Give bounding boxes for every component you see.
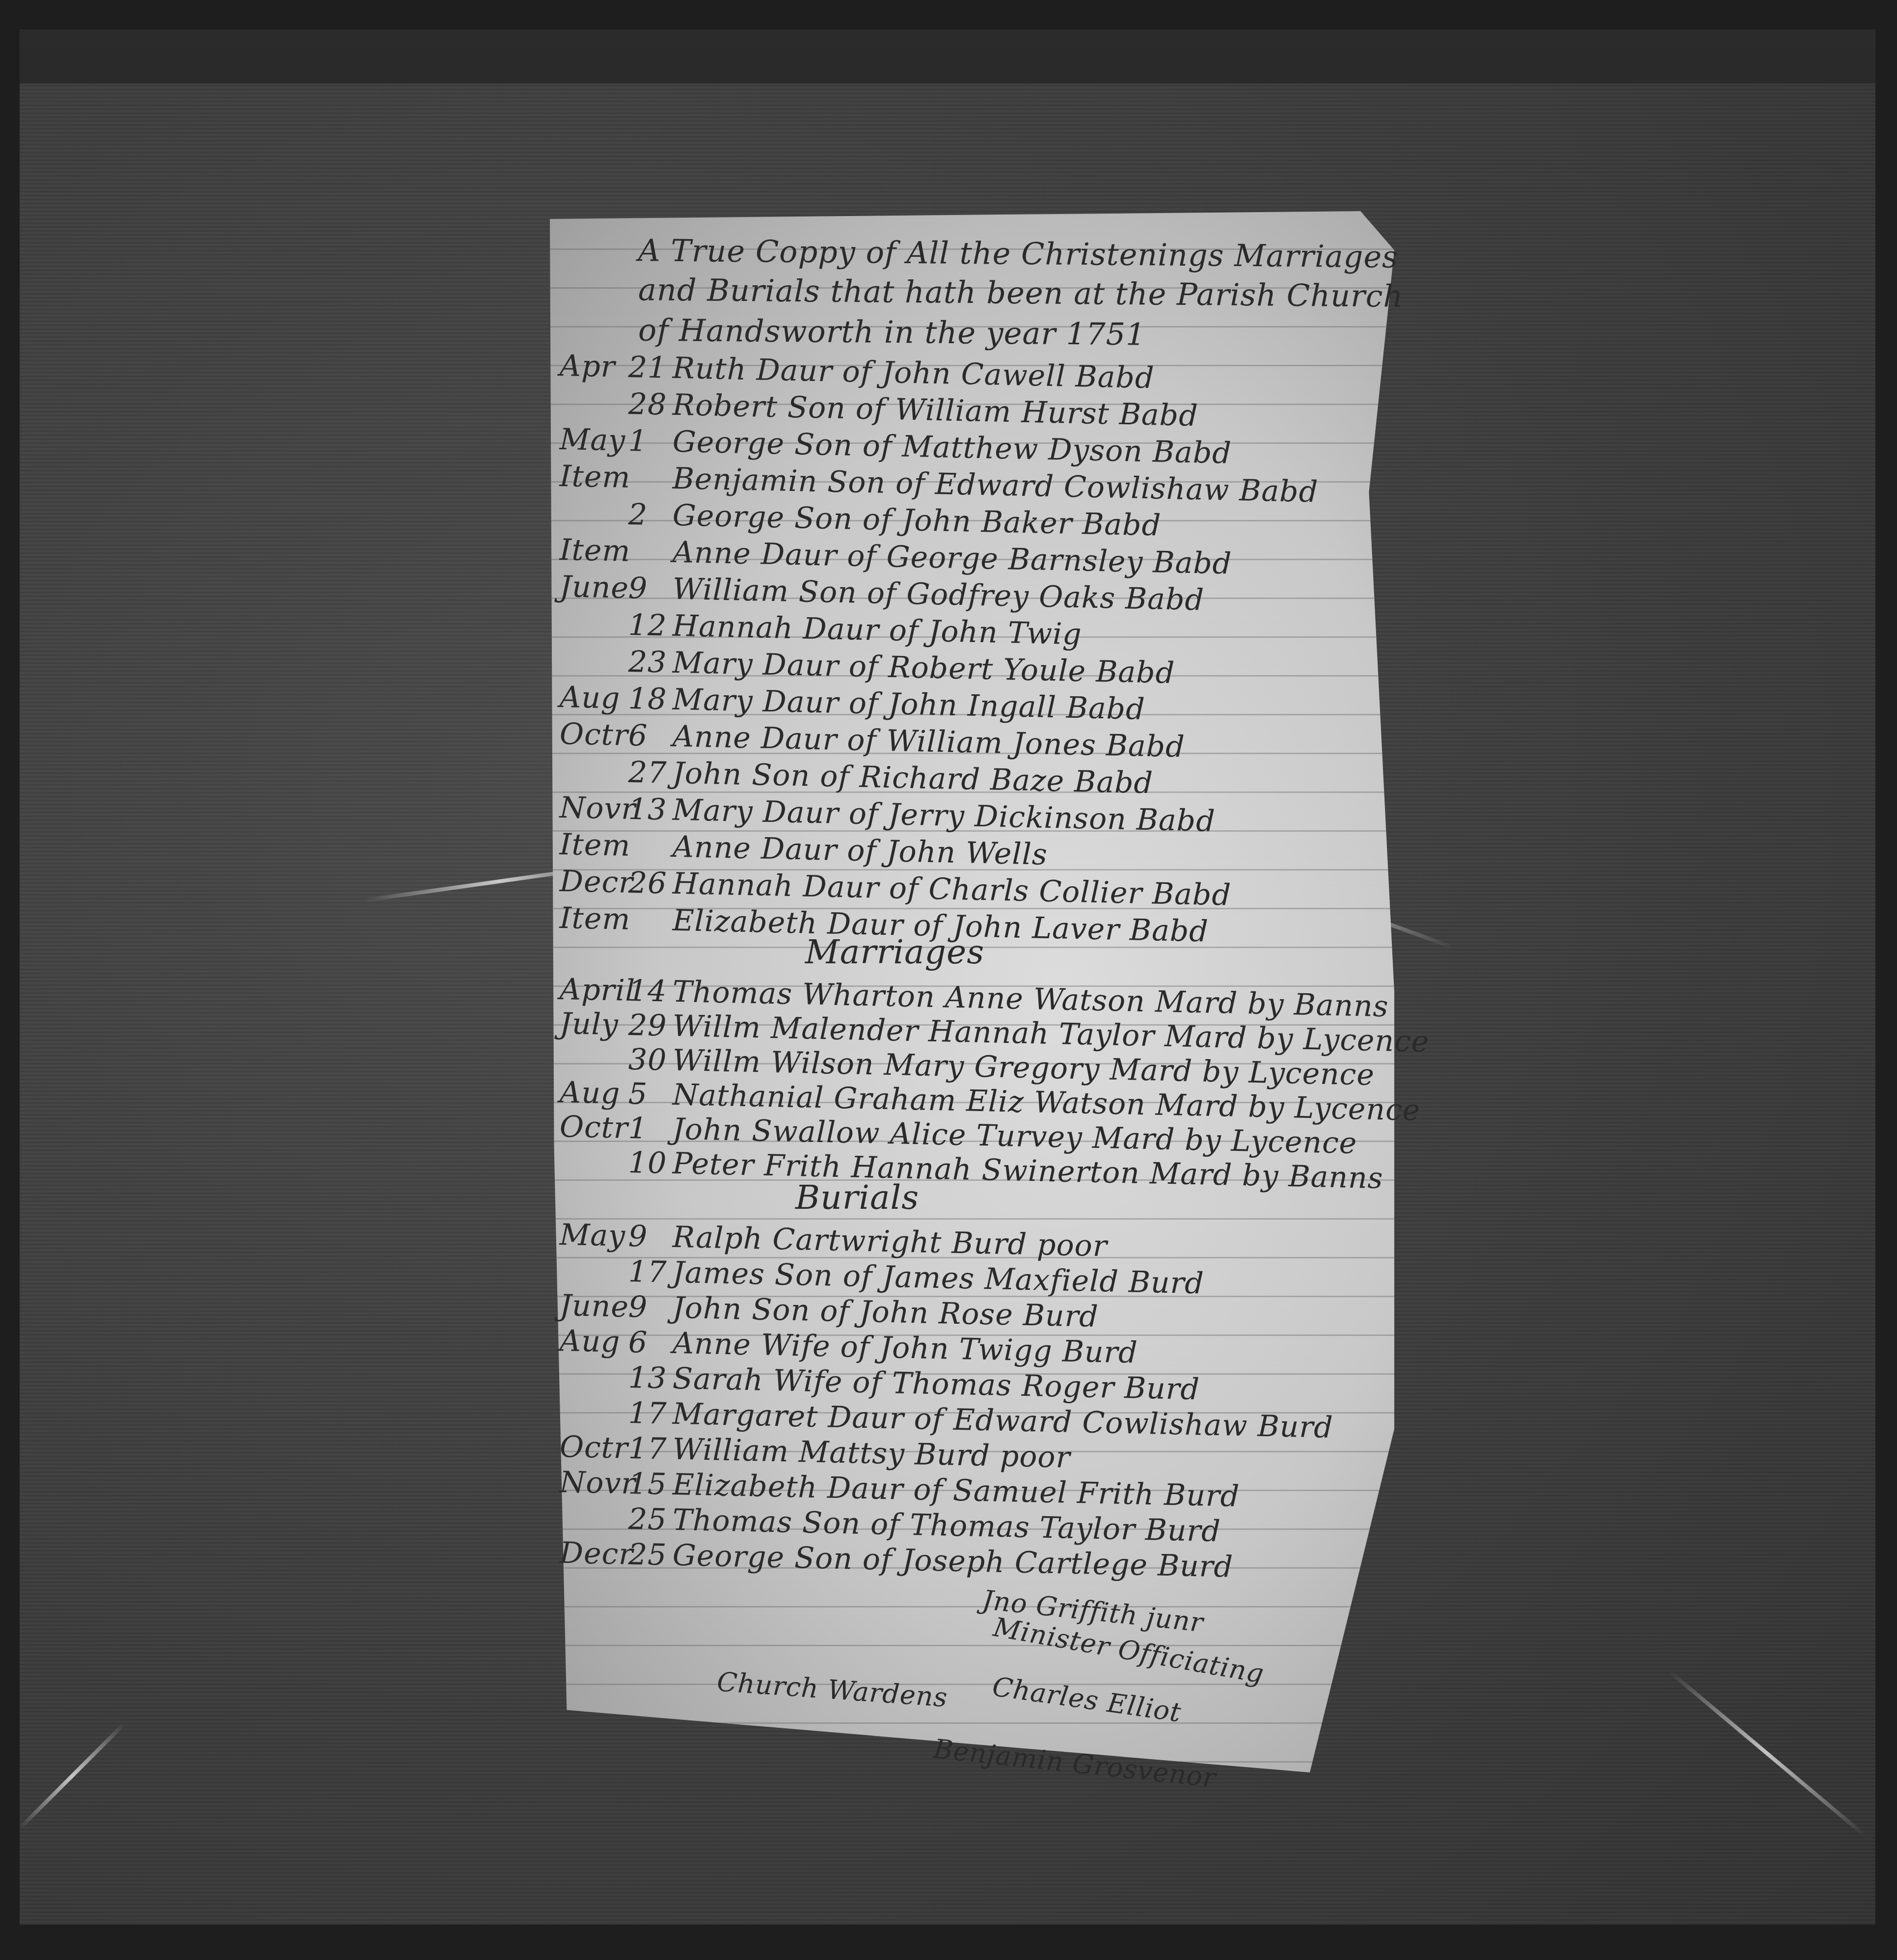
entry-month: Octr bbox=[559, 1110, 628, 1145]
entry-day bbox=[628, 856, 673, 857]
entry-month bbox=[560, 633, 628, 635]
entry-month bbox=[560, 412, 628, 414]
entry-month bbox=[560, 1068, 628, 1069]
entry-month: June bbox=[559, 570, 628, 605]
entry-month: July bbox=[559, 1007, 628, 1042]
entry-month bbox=[560, 1280, 628, 1281]
heading-line-1: A True Coppy of All the Christenings Mar… bbox=[638, 232, 1399, 275]
entry-month: June bbox=[559, 1288, 628, 1324]
heading-line-2: and Burials that hath been at the Parish… bbox=[638, 272, 1404, 314]
entry-month bbox=[560, 1171, 628, 1172]
frame-top-edge bbox=[20, 49, 1875, 83]
entry-day: 1 bbox=[628, 424, 673, 459]
entry-month: Item bbox=[559, 901, 628, 937]
entry-month bbox=[560, 1527, 628, 1529]
entry-day: 14 bbox=[628, 974, 673, 1009]
entry-day bbox=[628, 488, 673, 489]
entry-month: Decr bbox=[559, 1536, 628, 1572]
entry-day: 28 bbox=[628, 387, 673, 422]
entry-day: 10 bbox=[628, 1145, 673, 1181]
entry-day: 23 bbox=[628, 645, 673, 680]
entry-day: 26 bbox=[628, 866, 673, 901]
entry-day: 27 bbox=[628, 755, 673, 790]
burials-heading: Burials bbox=[795, 1178, 919, 1217]
entry-month: Octr bbox=[559, 717, 628, 753]
entry-month bbox=[560, 523, 628, 524]
entry-day: 6 bbox=[628, 718, 673, 754]
entry-month: May bbox=[559, 1218, 628, 1253]
entry-day: 21 bbox=[628, 350, 673, 385]
entry-month bbox=[560, 1386, 628, 1388]
entry-day: 13 bbox=[628, 792, 673, 827]
entry-day: 13 bbox=[628, 1361, 673, 1396]
entry-month bbox=[560, 670, 628, 672]
entry-month: Aug bbox=[559, 1075, 628, 1111]
entry-day: 5 bbox=[628, 1077, 673, 1112]
entry-day: 18 bbox=[628, 681, 673, 717]
entry-day: 9 bbox=[628, 571, 673, 606]
entry-day: 9 bbox=[628, 1290, 673, 1325]
entry-month: Item bbox=[559, 533, 628, 569]
entry-day: 15 bbox=[628, 1467, 673, 1502]
entry-day: 17 bbox=[628, 1431, 673, 1467]
entry-day: 30 bbox=[628, 1042, 673, 1078]
entry-month: May bbox=[559, 422, 628, 458]
entry-month: Decr bbox=[559, 864, 628, 900]
entry-day: 25 bbox=[628, 1502, 673, 1537]
entry-month: Item bbox=[559, 459, 628, 495]
entry-day bbox=[628, 929, 673, 930]
entry-month: Novr bbox=[559, 1465, 628, 1501]
entry-month: Octr bbox=[559, 1430, 628, 1466]
entry-day: 25 bbox=[628, 1537, 673, 1573]
entry-month: April bbox=[559, 972, 628, 1008]
entry-day: 1 bbox=[628, 1111, 673, 1146]
entry-month: Aug bbox=[559, 1324, 628, 1360]
entry-month bbox=[560, 781, 628, 782]
entry-day: 9 bbox=[628, 1219, 673, 1254]
entry-day: 6 bbox=[628, 1325, 673, 1361]
entry-month bbox=[560, 1421, 628, 1423]
entry-day bbox=[628, 561, 673, 562]
entry-month: Item bbox=[559, 827, 628, 863]
entry-month: Aug bbox=[559, 680, 628, 716]
entry-month: Novr bbox=[559, 790, 628, 826]
heading-line-3: of Handsworth in the year 1751 bbox=[638, 312, 1146, 352]
entry-day: 2 bbox=[628, 497, 673, 533]
entry-day: 17 bbox=[628, 1254, 673, 1290]
entry-month: Apr bbox=[559, 349, 628, 384]
entry-day: 17 bbox=[628, 1396, 673, 1431]
entry-day: 12 bbox=[628, 608, 673, 643]
entry-day: 29 bbox=[628, 1008, 673, 1043]
marriages-heading: Marriages bbox=[805, 933, 984, 972]
